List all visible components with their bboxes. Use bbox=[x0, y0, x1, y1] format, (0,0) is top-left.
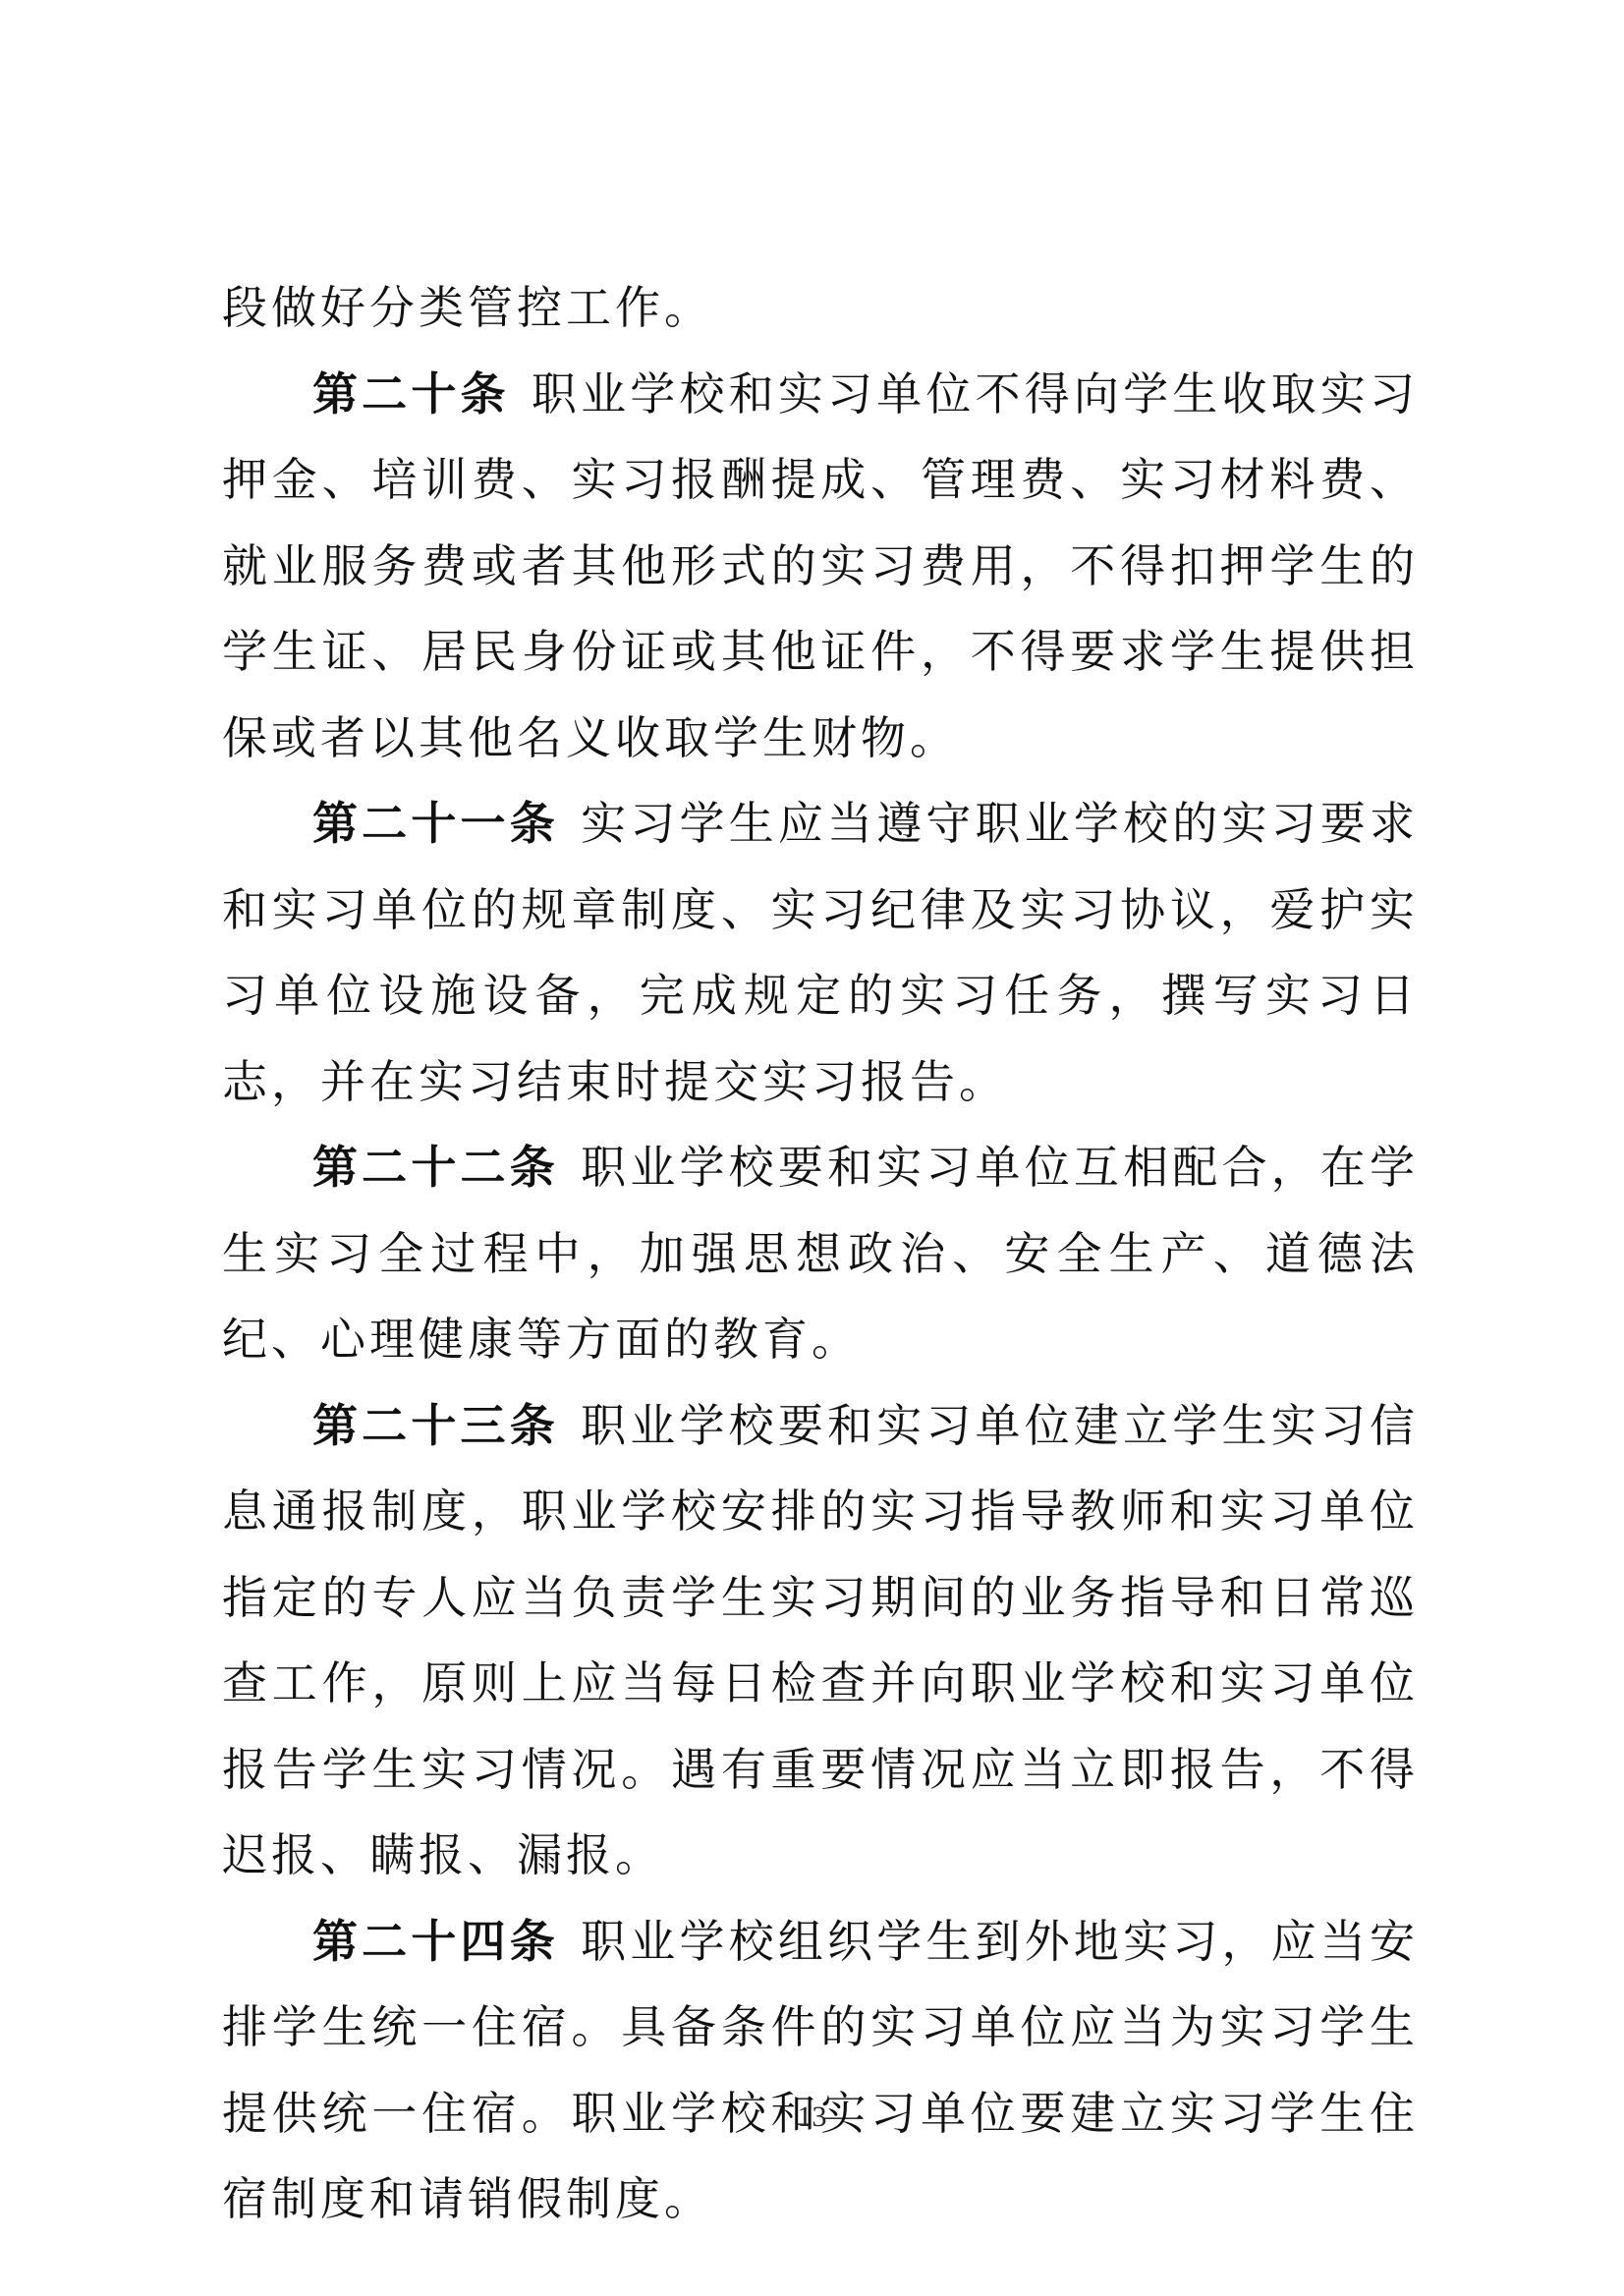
article-21: 第二十一条实习学生应当遵守职业学校的实习要求和实习单位的规章制度、实习纪律及实习… bbox=[222, 781, 1419, 1125]
article-text: 职业学校要和实习单位建立学生实习信息通报制度，职业学校安排的实习指导教师和实习单… bbox=[222, 1399, 1419, 1882]
article-number: 第二十二条 bbox=[312, 1141, 559, 1194]
page-number: 13 bbox=[0, 2100, 1624, 2134]
continuation-paragraph: 段做好分类管控工作。 bbox=[222, 265, 1419, 352]
article-number: 第二十一条 bbox=[312, 797, 559, 850]
article-23: 第二十三条职业学校要和实习单位建立学生实习信息通报制度，职业学校安排的实习指导教… bbox=[222, 1383, 1419, 1899]
article-number: 第二十四条 bbox=[312, 1915, 559, 1968]
article-20: 第二十条职业学校和实习单位不得向学生收取实习押金、培训费、实习报酬提成、管理费、… bbox=[222, 352, 1419, 782]
article-22: 第二十二条职业学校要和实习单位互相配合，在学生实习全过程中，加强思想政治、安全生… bbox=[222, 1125, 1419, 1383]
article-text: 职业学校和实习单位不得向学生收取实习押金、培训费、实习报酬提成、管理费、实习材料… bbox=[222, 367, 1419, 764]
article-number: 第二十条 bbox=[312, 367, 510, 420]
document-page: 段做好分类管控工作。 第二十条职业学校和实习单位不得向学生收取实习押金、培训费、… bbox=[222, 265, 1419, 2243]
article-number: 第二十三条 bbox=[312, 1399, 559, 1452]
article-24: 第二十四条职业学校组织学生到外地实习，应当安排学生统一住宿。具备条件的实习单位应… bbox=[222, 1899, 1419, 2243]
